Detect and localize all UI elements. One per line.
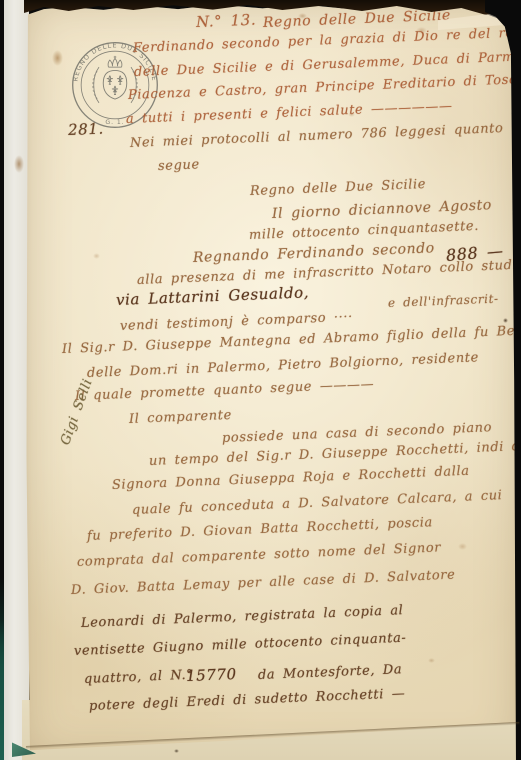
crown-icon: [108, 56, 122, 67]
fleur-de-lis-icon: [117, 76, 123, 85]
foxing-spot: [14, 155, 24, 173]
backing-page-left: [4, 0, 29, 760]
fleur-de-lis-icon: [107, 76, 113, 85]
stamp-value: G. 1.: [105, 119, 124, 126]
registration-number: 15770: [186, 665, 237, 685]
foxing-spot: [52, 50, 63, 66]
foxing-spot: [428, 658, 435, 663]
scanned-document: REGNO DELLE DUE SICILIE G. 1. N.° 13. Re…: [0, 0, 521, 760]
stamp-inner-ring: [81, 51, 149, 119]
foxing-spot: [458, 543, 467, 550]
act-number: N.° 13.: [196, 11, 257, 31]
foxing-spot: [93, 253, 100, 259]
body-line: segue: [158, 157, 200, 174]
shield-icon: [103, 70, 127, 99]
margin-folio-number: 281.: [68, 120, 105, 139]
foxing-spot: [503, 318, 508, 323]
fleur-de-lis-icon: [112, 86, 118, 95]
foxing-spot: [174, 749, 179, 753]
